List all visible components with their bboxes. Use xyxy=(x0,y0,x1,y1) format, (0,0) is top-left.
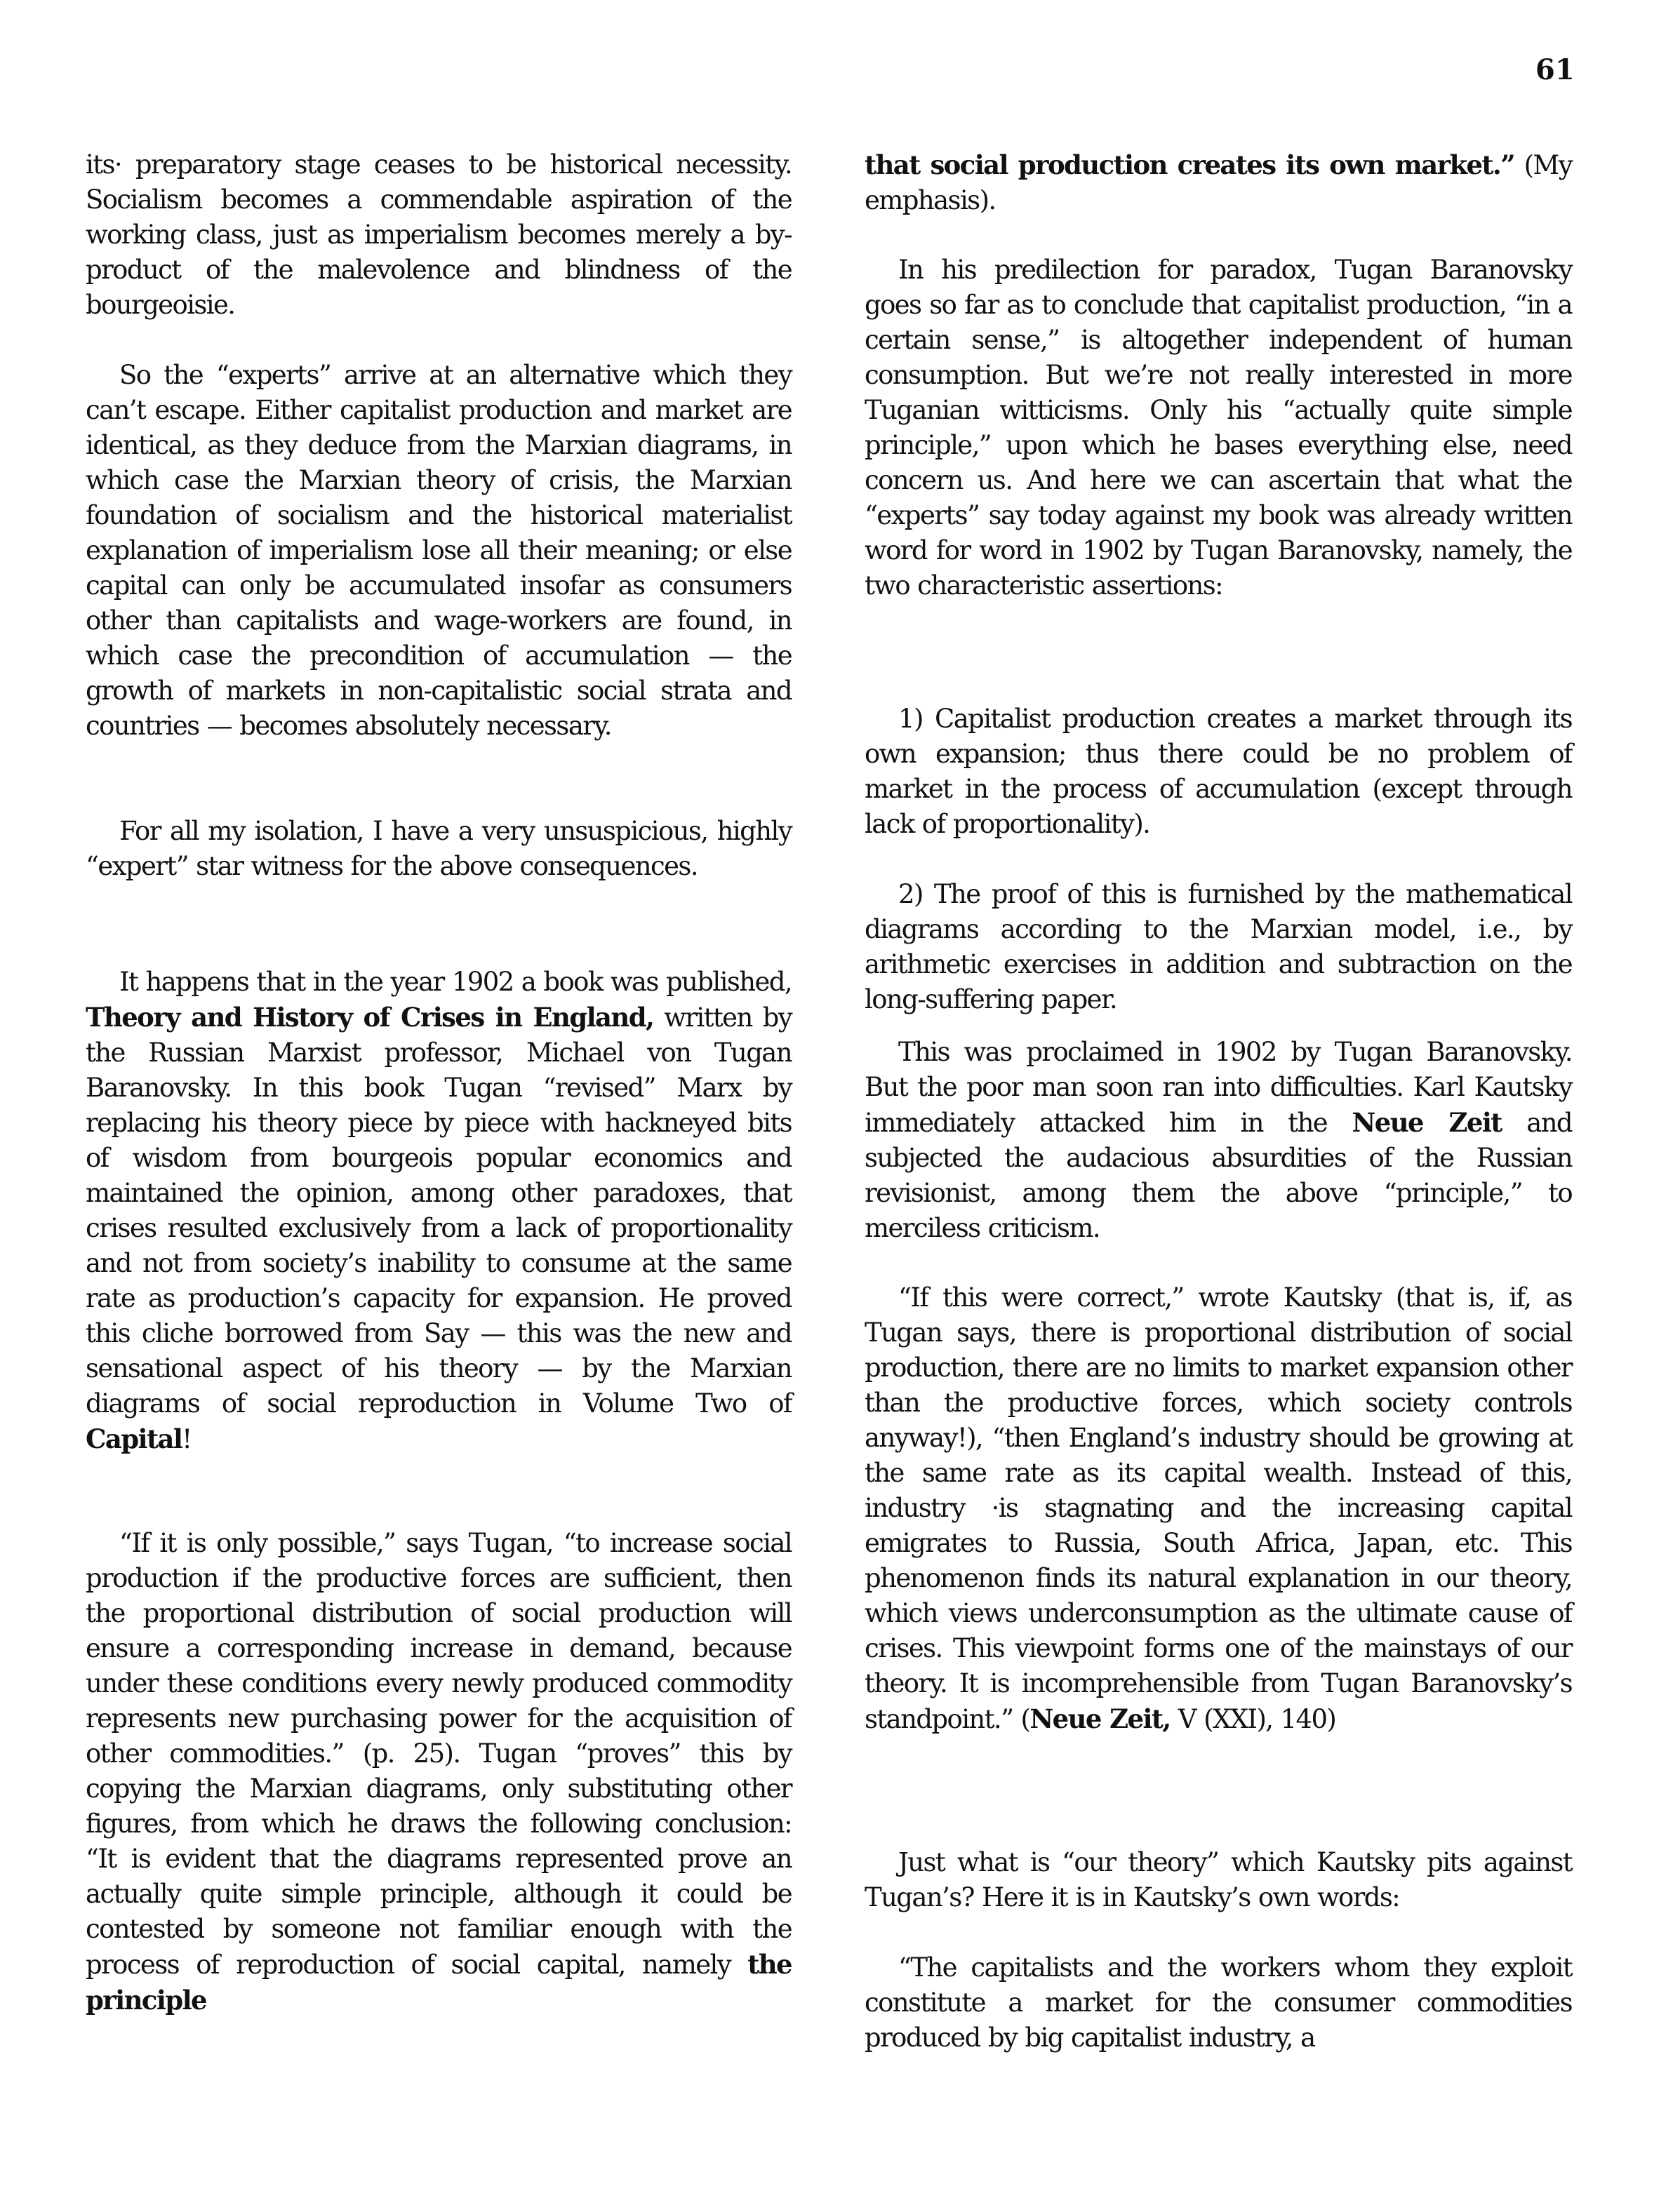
body-paragraph: that social production creates its own m… xyxy=(865,147,1572,218)
paragraph-text: For all my isolation, I have a very unsu… xyxy=(86,816,792,881)
body-paragraph: It happens that in the year 1902 a book … xyxy=(86,965,792,1457)
document-page: 61 its· preparatory stage ceases to be h… xyxy=(0,0,1680,2212)
paragraph-text: 1) Capitalist production creates a marke… xyxy=(865,704,1572,839)
body-paragraph: 1) Capitalist production creates a marke… xyxy=(865,702,1572,842)
emphasized-text: that social production creates its own m… xyxy=(865,149,1514,180)
body-paragraph: This was proclaimed in 1902 by Tugan Bar… xyxy=(865,1035,1572,1246)
paragraph-text: written by the Russian Marxist professor… xyxy=(86,1003,792,1419)
paragraph-text: its· preparatory stage ceases to be hist… xyxy=(86,149,792,320)
body-paragraph: So the “experts” arrive at an alternativ… xyxy=(86,358,792,744)
paragraph-text: “The capitalists and the workers whom th… xyxy=(865,1952,1572,2053)
body-paragraph: its· preparatory stage ceases to be hist… xyxy=(86,147,792,323)
paragraph-text: So the “experts” arrive at an alternativ… xyxy=(86,360,792,741)
paragraph-text: In his predilection for paradox, Tugan B… xyxy=(865,255,1572,601)
paragraph-text: “If this were correct,” wrote Kautsky (t… xyxy=(865,1282,1572,1734)
body-paragraph: 2) The proof of this is furnished by the… xyxy=(865,877,1572,1017)
paragraph-text: ! xyxy=(182,1424,191,1454)
body-paragraph: “The capitalists and the workers whom th… xyxy=(865,1950,1572,2056)
emphasized-text: Neue Zeit xyxy=(1352,1107,1502,1138)
body-paragraph: In his predilection for paradox, Tugan B… xyxy=(865,253,1572,603)
body-paragraph: “If this were correct,” wrote Kautsky (t… xyxy=(865,1280,1572,1737)
body-paragraph: For all my isolation, I have a very unsu… xyxy=(86,814,792,884)
paragraph-text: Just what is “our theory” which Kautsky … xyxy=(865,1847,1572,1912)
paragraph-text: “If it is only possible,” says Tugan, “t… xyxy=(86,1528,792,1980)
body-paragraph: Just what is “our theory” which Kautsky … xyxy=(865,1845,1572,1915)
body-paragraph: “If it is only possible,” says Tugan, “t… xyxy=(86,1526,792,2018)
emphasized-text: Theory and History of Crises in England, xyxy=(86,1002,653,1033)
paragraph-text: 2) The proof of this is furnished by the… xyxy=(865,879,1572,1014)
paragraph-text: It happens that in the year 1902 a book … xyxy=(119,967,792,997)
emphasized-text: Neue Zeit, xyxy=(1029,1703,1170,1734)
paragraph-text: V (XXI), 140) xyxy=(1171,1704,1336,1734)
page-number: 61 xyxy=(1535,55,1575,86)
emphasized-text: Capital xyxy=(86,1423,182,1454)
